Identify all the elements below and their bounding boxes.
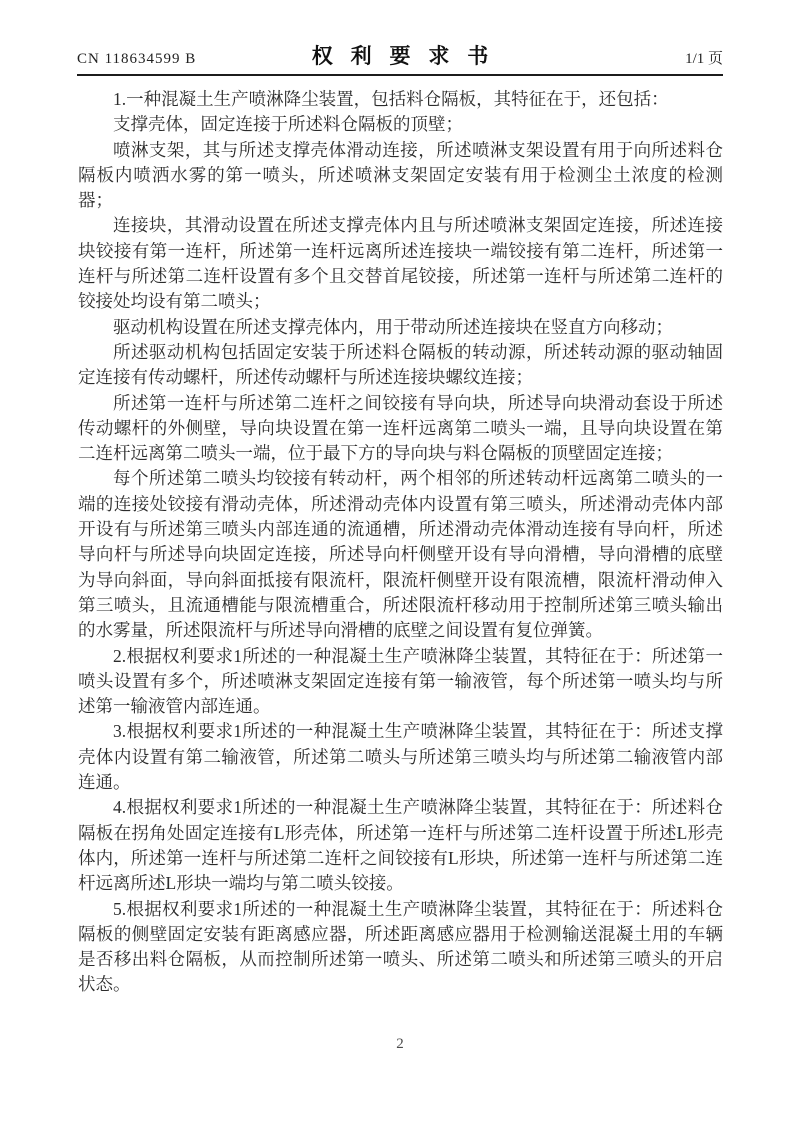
claims-section: 1.一种混凝土生产喷淋降尘装置，包括料仓隔板，其特征在于，还包括： 支撑壳体，固… [78, 87, 723, 998]
claim-1-clause-shell: 支撑壳体，固定连接于所述料仓隔板的顶壁； [78, 112, 723, 137]
page-footer: 2 [0, 1036, 800, 1053]
claim-1-clause-block: 连接块，其滑动设置在所述支撑壳体内且与所述喷淋支架固定连接，所述连接块铰接有第一… [78, 213, 723, 314]
page-indicator: 1/1 页 [685, 47, 723, 68]
claim-4: 4.根据权利要求1所述的一种混凝土生产喷淋降尘装置，其特征在于：所述料仓隔板在拐… [78, 795, 723, 896]
patent-claims-page: CN 118634599 B 权利要求书 1/1 页 1.一种混凝土生产喷淋降尘… [0, 0, 800, 1131]
page-header: CN 118634599 B 权利要求书 1/1 页 [77, 44, 723, 76]
claim-5: 5.根据权利要求1所述的一种混凝土生产喷淋降尘装置，其特征在于：所述料仓隔板的侧… [78, 897, 723, 998]
claim-1-clause-guide: 所述第一连杆与所述第二连杆之间铰接有导向块，所述导向块滑动套设于所述传动螺杆的外… [78, 391, 723, 467]
claim-1-clause-bracket: 喷淋支架，其与所述支撑壳体滑动连接，所述喷淋支架设置有用于向所述料仓隔板内喷洒水… [78, 138, 723, 214]
page-title: 权利要求书 [77, 40, 723, 70]
claim-1-clause-nozzle: 每个所述第二喷头均铰接有转动杆，两个相邻的所述转动杆远离第二喷头的一端的连接处铰… [78, 466, 723, 643]
claim-1-clause-drive: 驱动机构设置在所述支撑壳体内，用于带动所述连接块在竖直方向移动； [78, 315, 723, 340]
claim-1-clause-screw: 所述驱动机构包括固定安装于所述料仓隔板的转动源，所述转动源的驱动轴固定连接有传动… [78, 340, 723, 391]
claim-2: 2.根据权利要求1所述的一种混凝土生产喷淋降尘装置，其特征在于：所述第一喷头设置… [78, 644, 723, 720]
footer-page-number: 2 [396, 1036, 404, 1052]
claim-3: 3.根据权利要求1所述的一种混凝土生产喷淋降尘装置，其特征在于：所述支撑壳体内设… [78, 719, 723, 795]
claim-1-preamble: 1.一种混凝土生产喷淋降尘装置，包括料仓隔板，其特征在于，还包括： [78, 87, 723, 112]
